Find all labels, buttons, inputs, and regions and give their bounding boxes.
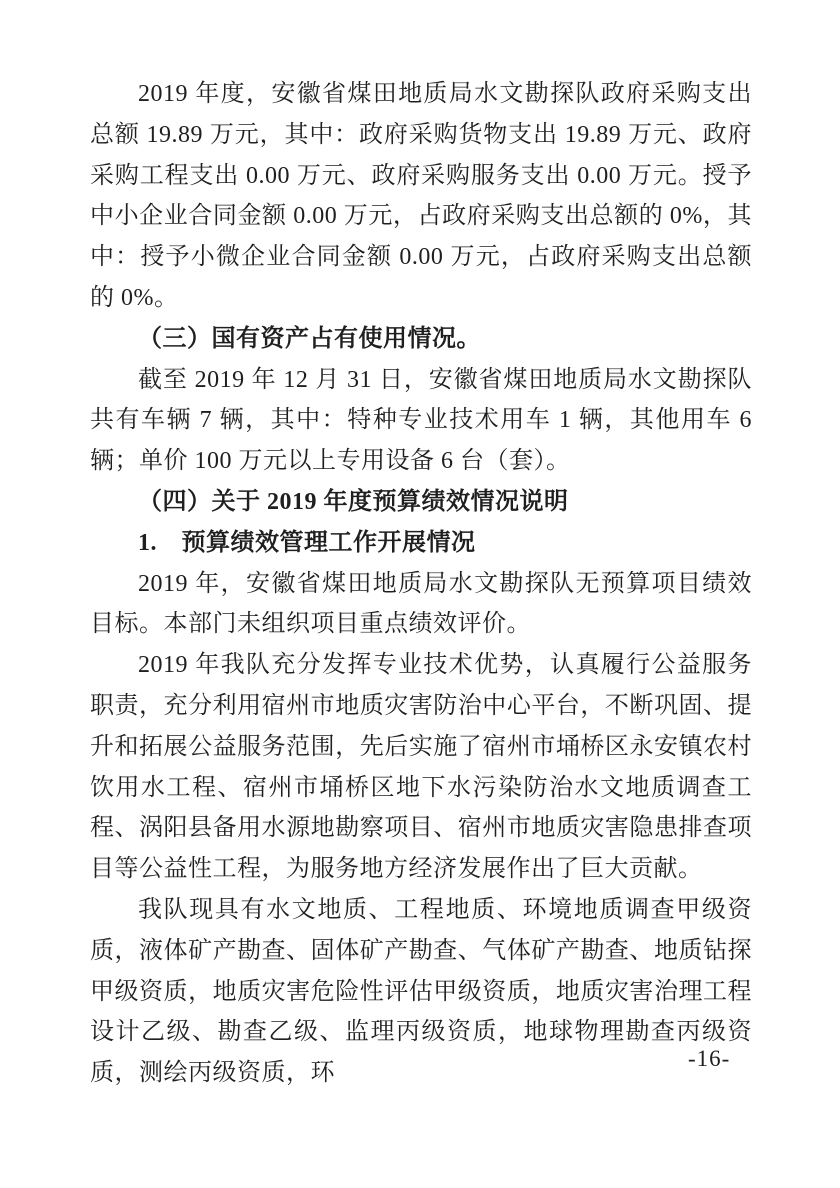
heading-state-assets: （三）国有资产占有使用情况。: [90, 319, 752, 360]
document-body: 2019 年度，安徽省煤田地质局水文勘探队政府采购支出总额 19.89 万元，其…: [90, 74, 752, 1094]
paragraph-performance-targets: 2019 年，安徽省煤田地质局水文勘探队无预算项目绩效目标。本部门未组织项目重点…: [90, 564, 752, 646]
paragraph-qualifications: 我队现具有水文地质、工程地质、环境地质调查甲级资质，液体矿产勘查、固体矿产勘查、…: [90, 890, 752, 1094]
page-number: -16-: [688, 1046, 730, 1072]
paragraph-procurement-spending: 2019 年度，安徽省煤田地质局水文勘探队政府采购支出总额 19.89 万元，其…: [90, 74, 752, 319]
heading-budget-performance: （四）关于 2019 年度预算绩效情况说明: [90, 482, 752, 523]
heading-performance-management: 1. 预算绩效管理工作开展情况: [90, 523, 752, 564]
document-page: 2019 年度，安徽省煤田地质局水文勘探队政府采购支出总额 19.89 万元，其…: [0, 0, 840, 1188]
paragraph-public-service-projects: 2019 年我队充分发挥专业技术优势，认真履行公益服务职责，充分利用宿州市地质灾…: [90, 645, 752, 890]
paragraph-state-assets: 截至 2019 年 12 月 31 日，安徽省煤田地质局水文勘探队共有车辆 7 …: [90, 360, 752, 482]
